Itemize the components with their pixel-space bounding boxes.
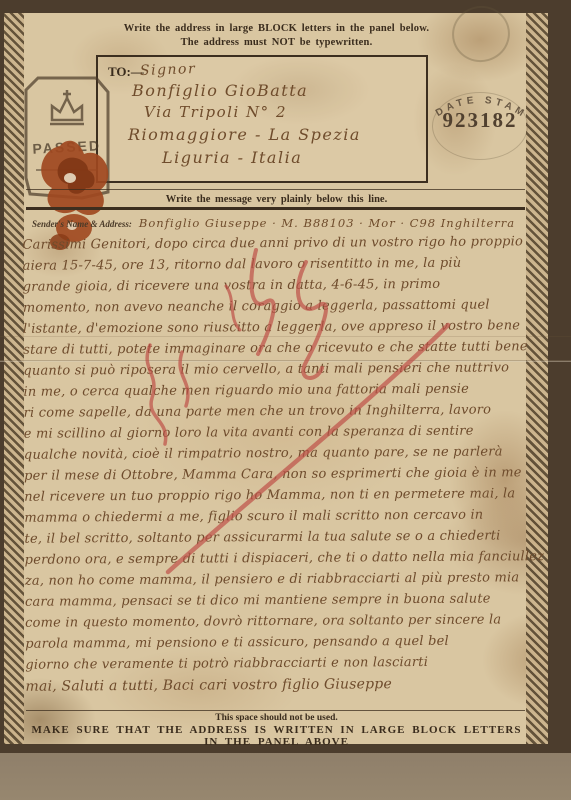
divider-rule-heavy [26, 207, 525, 210]
serial-number: 923182 [430, 108, 530, 133]
address-line-name: Bonfiglio GioBatta [132, 81, 308, 100]
message-body: Carissimi Genitori, dopo circa due anni … [22, 234, 527, 699]
address-line-salutation: Signor [140, 61, 197, 79]
crown-icon [50, 90, 84, 124]
right-frame-band [548, 0, 571, 753]
address-line-street: Via Tripoli N° 2 [144, 103, 287, 121]
footer-rule [26, 710, 525, 711]
message-divider-text: Write the message very plainly below thi… [30, 194, 523, 205]
sender-value: Bonfiglio Giuseppe · M. B88103 · Mor · C… [139, 216, 515, 230]
left-frame-band [0, 0, 4, 753]
address-line-town: Riomaggiore - La Spezia [128, 125, 361, 144]
address-line-country: Liguria - Italia [162, 148, 302, 167]
address-panel: TO:— Signor Bonfiglio GioBatta Via Tripo… [96, 55, 428, 183]
header-instruction-line1: Write the address in large BLOCK letters… [30, 23, 523, 34]
left-hatch-border [3, 10, 24, 745]
divider-rule-top [26, 189, 525, 190]
header-instruction-line2: The address must NOT be typewritten. [30, 37, 523, 48]
sender-label: Sender's Name & Address: [32, 219, 132, 229]
footer-instruction-line2: MAKE SURE THAT THE ADDRESS IS WRITTEN IN… [28, 724, 525, 748]
footer-instruction-line1: This space should not be used. [30, 713, 523, 723]
message-line: mai, Saluti a tutti, Baci cari vostro fi… [25, 675, 527, 700]
sender-row: Sender's Name & Address: Bonfiglio Giuse… [32, 214, 523, 232]
airgraph-form: Write the address in large BLOCK letters… [0, 0, 571, 753]
photo-backing: Write the address in large BLOCK letters… [0, 0, 571, 800]
to-label: TO:— [108, 64, 144, 80]
